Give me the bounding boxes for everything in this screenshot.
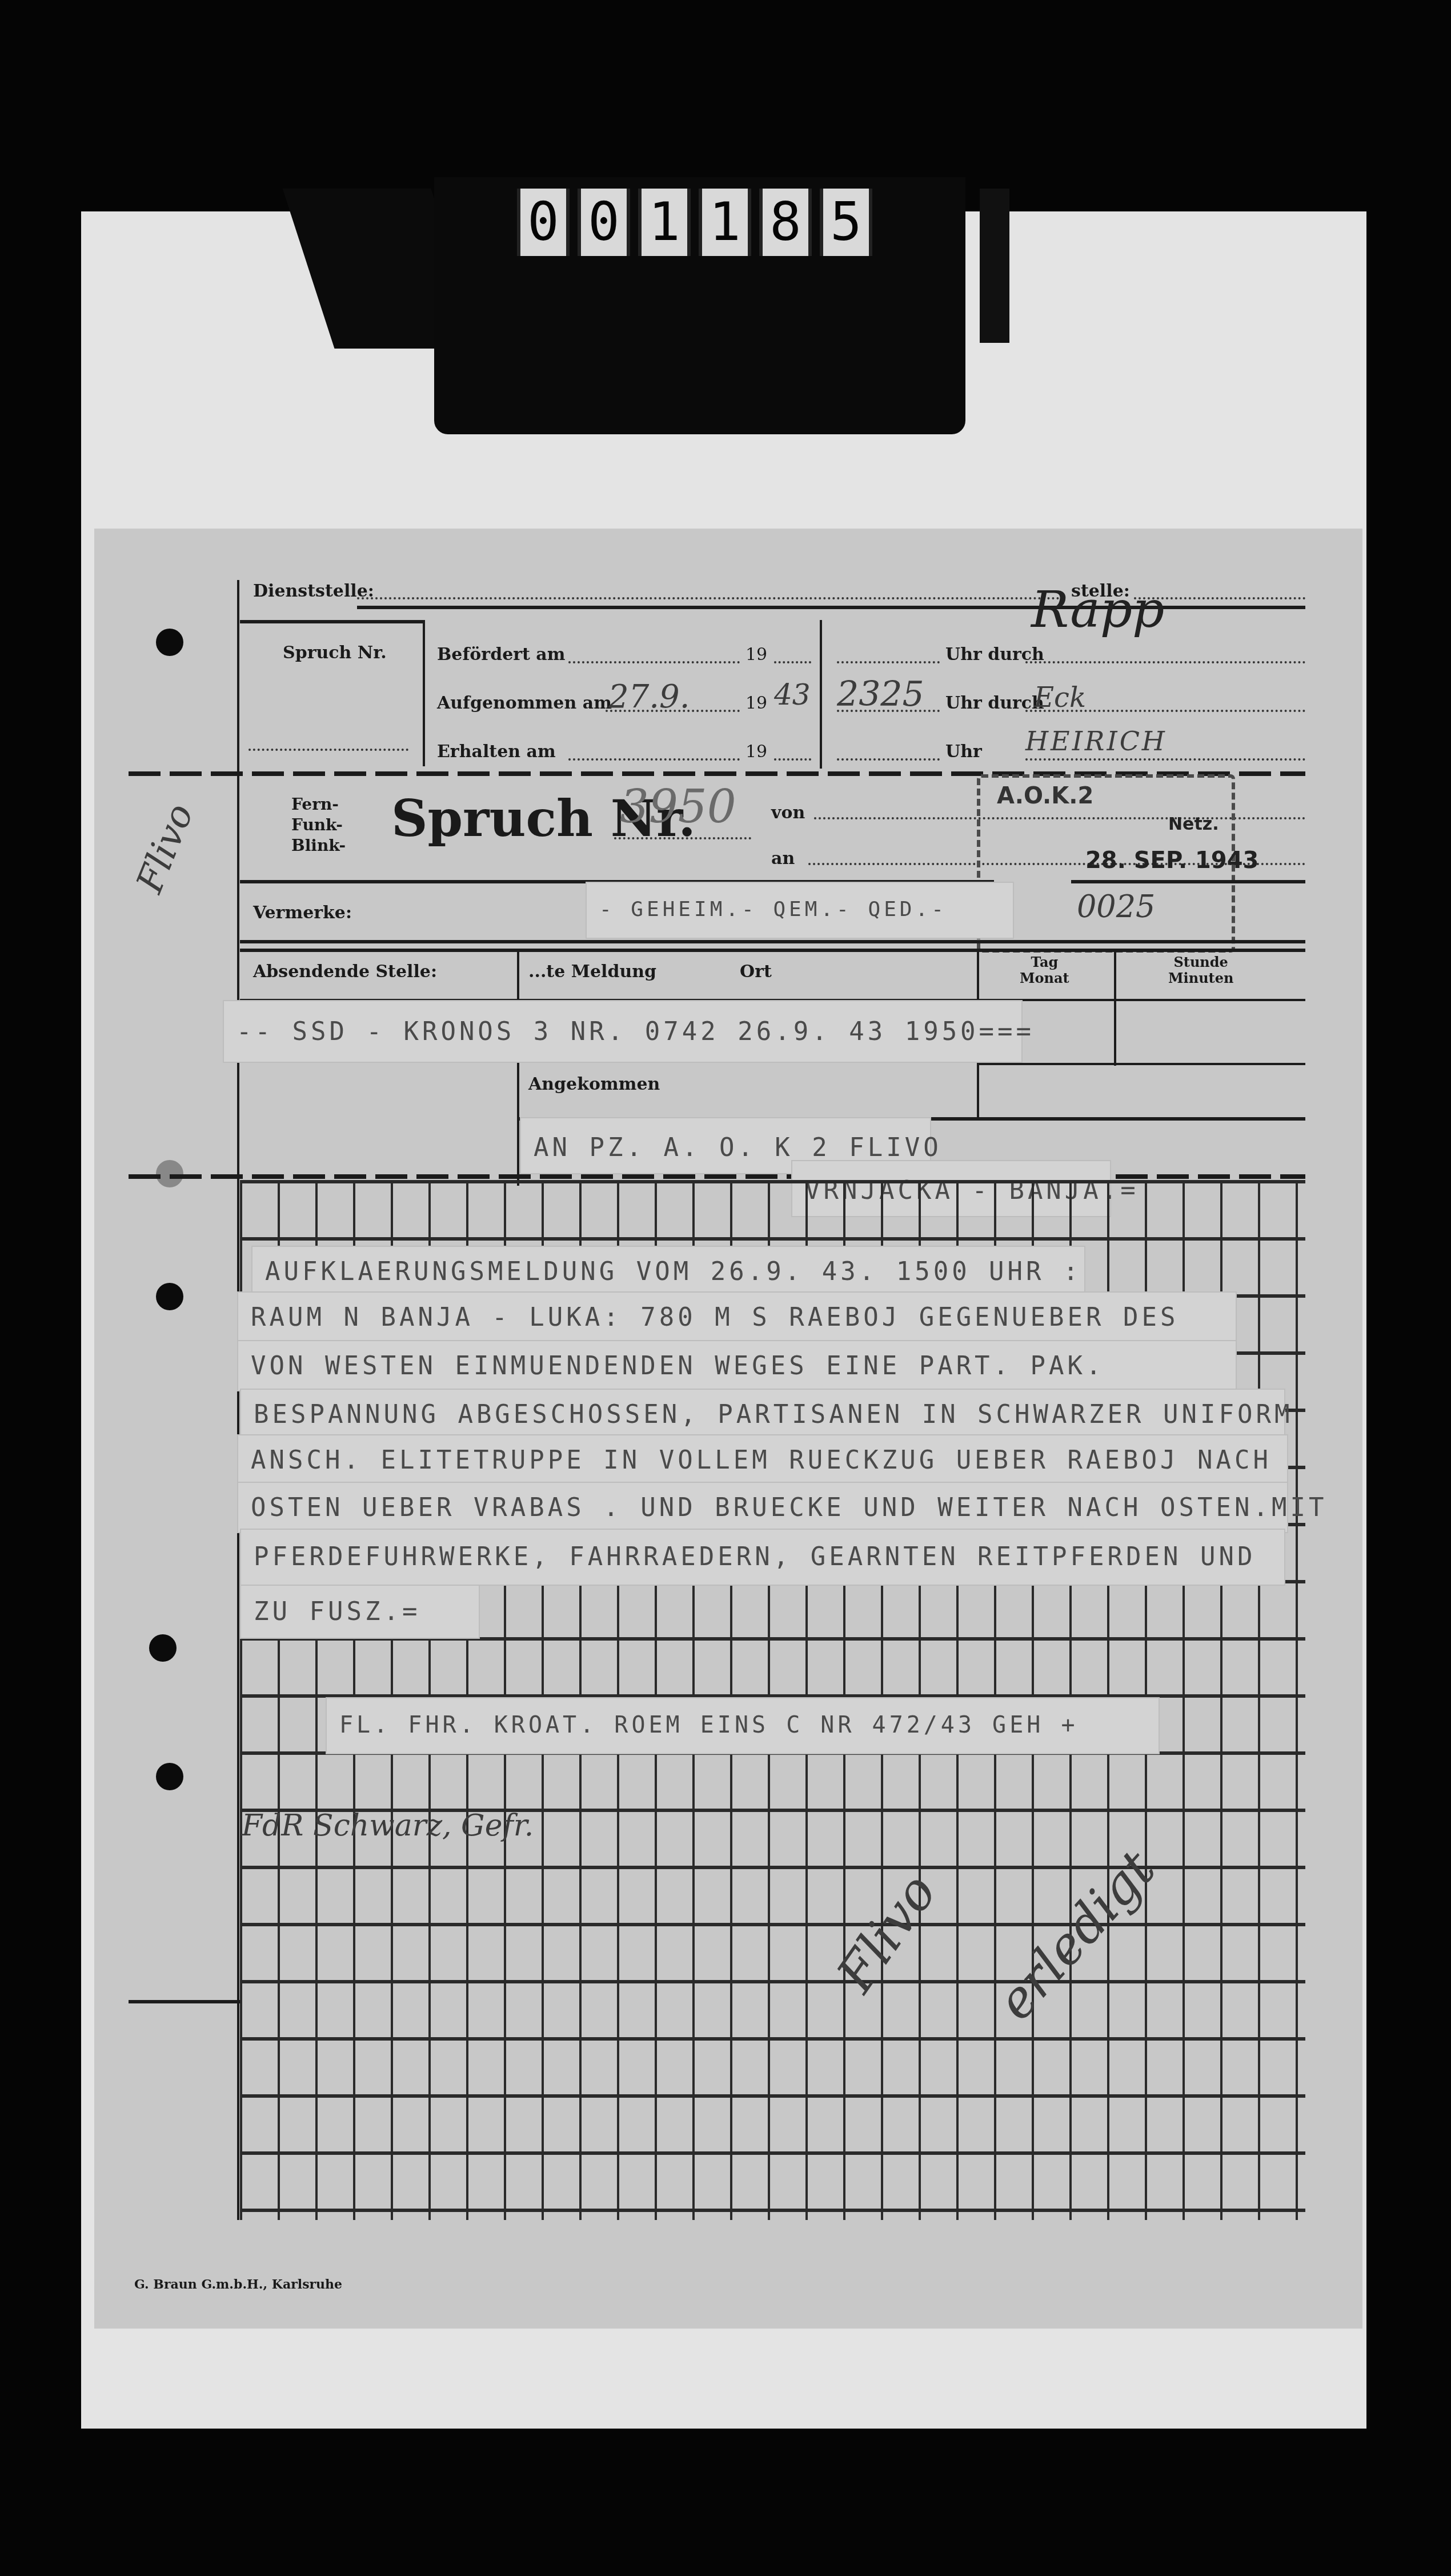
- counter-digit: 5: [820, 189, 872, 256]
- rule: [1071, 880, 1305, 883]
- margin-note: Flivo: [129, 798, 202, 899]
- spruch-nr-box: [240, 620, 425, 766]
- rule: [240, 940, 1305, 943]
- message-line: PFERDEFUHRWERKE, FAHRRAEDERN, GEARNTEN R…: [240, 1529, 1285, 1586]
- message-line: ANSCH. ELITETRUPPE IN VOLLEM RUECKZUG UE…: [237, 1434, 1288, 1486]
- rule: [240, 949, 1305, 952]
- uhr-label: Uhr: [945, 742, 982, 762]
- punch-hole: [156, 1763, 183, 1790]
- minuten-label: Minuten: [1168, 970, 1233, 986]
- aufgenommen-by-value: Eck: [1034, 682, 1086, 714]
- stamp-date: 28. SEP. 1943: [1085, 847, 1258, 874]
- title-prefix: Fern- Funk- Blink-: [291, 794, 346, 856]
- ort-label: Ort: [740, 962, 772, 982]
- message-line: RAUM N BANJA - LUKA: 780 M S RAEBOJ GEGE…: [237, 1291, 1237, 1343]
- message-line: OSTEN UEBER VRABAS . UND BRUECKE UND WEI…: [237, 1482, 1288, 1533]
- monat-label: Monat: [1020, 970, 1069, 986]
- befoerdert-label: Befördert am: [437, 645, 566, 665]
- message-line: ZU FUSZ.=: [240, 1585, 480, 1639]
- punch-hole: [156, 1283, 183, 1310]
- aufgenommen-label: Aufgenommen am: [437, 693, 612, 713]
- erhalten-date-field[interactable]: [568, 758, 740, 761]
- year-prefix: 19: [745, 742, 767, 762]
- befoerdert-time-field[interactable]: [837, 661, 940, 663]
- counter-digit: 1: [638, 189, 691, 256]
- angekommen-label: Angekommen: [528, 1074, 660, 1094]
- counter-digit: 1: [699, 189, 751, 256]
- tag-monat-label: Tag Monat: [1020, 954, 1069, 986]
- spruch-nr-box-field[interactable]: [248, 749, 408, 751]
- an-label: an: [771, 849, 795, 869]
- title-prefix-blink: Blink-: [291, 835, 346, 856]
- rule: [977, 1063, 1305, 1065]
- meldung-label: ...te Meldung: [528, 962, 656, 982]
- befoerdert-by-field[interactable]: [1025, 661, 1305, 663]
- erhalten-by-field[interactable]: [1025, 758, 1305, 761]
- befoerdert-year-field[interactable]: [774, 661, 811, 663]
- absendende-stelle-label: Absendende Stelle:: [253, 962, 437, 982]
- tag-label: Tag: [1020, 954, 1069, 970]
- signature-strip: FL. FHR. KROAT. ROEM EINS C NR 472/43 GE…: [326, 1697, 1160, 1754]
- title-prefix-funk: Funk-: [291, 815, 346, 835]
- erhalten-year-field[interactable]: [774, 758, 811, 761]
- message-line: BESPANNUNG ABGESCHOSSEN, PARTISANEN IN S…: [240, 1389, 1285, 1440]
- stamp-netz: Netz.: [1168, 814, 1219, 834]
- title-prefix-fern: Fern-: [291, 794, 346, 815]
- befoerdert-date-field[interactable]: [568, 661, 740, 663]
- stamp-unit: A.O.K.2: [997, 783, 1093, 809]
- punch-hole: [156, 1160, 183, 1187]
- counter-clip: [980, 189, 1009, 343]
- form-left-border: [237, 580, 239, 2220]
- stunde-minuten-label: Stunde Minuten: [1168, 954, 1233, 986]
- spruch-number-value: 3950: [620, 780, 736, 833]
- stunde-label: Stunde: [1168, 954, 1233, 970]
- erhalten-time-field[interactable]: [837, 758, 940, 761]
- aufgenommen-year-value: 43: [774, 678, 811, 711]
- von-label: von: [771, 803, 805, 823]
- aufgenommen-time-value: 2325: [837, 674, 924, 714]
- dienststelle-field[interactable]: [357, 597, 1060, 599]
- message-line: AUFKLAERUNGSMELDUNG VOM 26.9. 43. 1500 U…: [251, 1246, 1085, 1297]
- year-prefix: 19: [745, 645, 767, 665]
- rule: [1114, 951, 1116, 1066]
- year-prefix: 19: [745, 693, 767, 713]
- frame-counter-digits: 0 0 1 1 8 5: [517, 189, 872, 263]
- handwritten-signature: Rapp: [1031, 580, 1164, 639]
- printer-imprint: G. Braun G.m.b.H., Karlsruhe: [134, 2277, 342, 2292]
- handwritten-fdr-note: FdR Schwarz, Gefr.: [242, 1809, 534, 1843]
- counter-digit: 0: [578, 189, 630, 256]
- spruch-form: Dienststelle: stelle: Spruch Nr. Beförde…: [94, 529, 1362, 2329]
- telegram-header-strip: -- SSD - KRONOS 3 NR. 0742 26.9. 43 1950…: [223, 1000, 1023, 1063]
- vermerke-handwritten: 0025: [1077, 889, 1155, 925]
- rule: [129, 2000, 240, 2003]
- erhalten-by-value: HEIRICH: [1025, 726, 1167, 757]
- spruch-number-field[interactable]: [614, 837, 751, 839]
- counter-digit: 0: [517, 189, 570, 256]
- rule: [820, 620, 822, 769]
- punch-hole: [156, 629, 183, 656]
- vermerke-label: Vermerke:: [253, 903, 352, 923]
- erhalten-label: Erhalten am: [437, 742, 556, 762]
- message-line: VON WESTEN EINMUENDENDEN WEGES EINE PART…: [237, 1340, 1237, 1391]
- vermerke-classification-strip: - GEHEIM.- QEM.- QED.-: [586, 882, 1014, 939]
- counter-digit: 8: [759, 189, 812, 256]
- rule: [517, 951, 519, 1186]
- aufgenommen-date-value: 27.9.: [608, 678, 690, 715]
- spruch-nr-box-label: Spruch Nr.: [283, 643, 387, 663]
- dienststelle-label: Dienststelle:: [253, 581, 374, 601]
- punch-hole: [149, 1634, 177, 1662]
